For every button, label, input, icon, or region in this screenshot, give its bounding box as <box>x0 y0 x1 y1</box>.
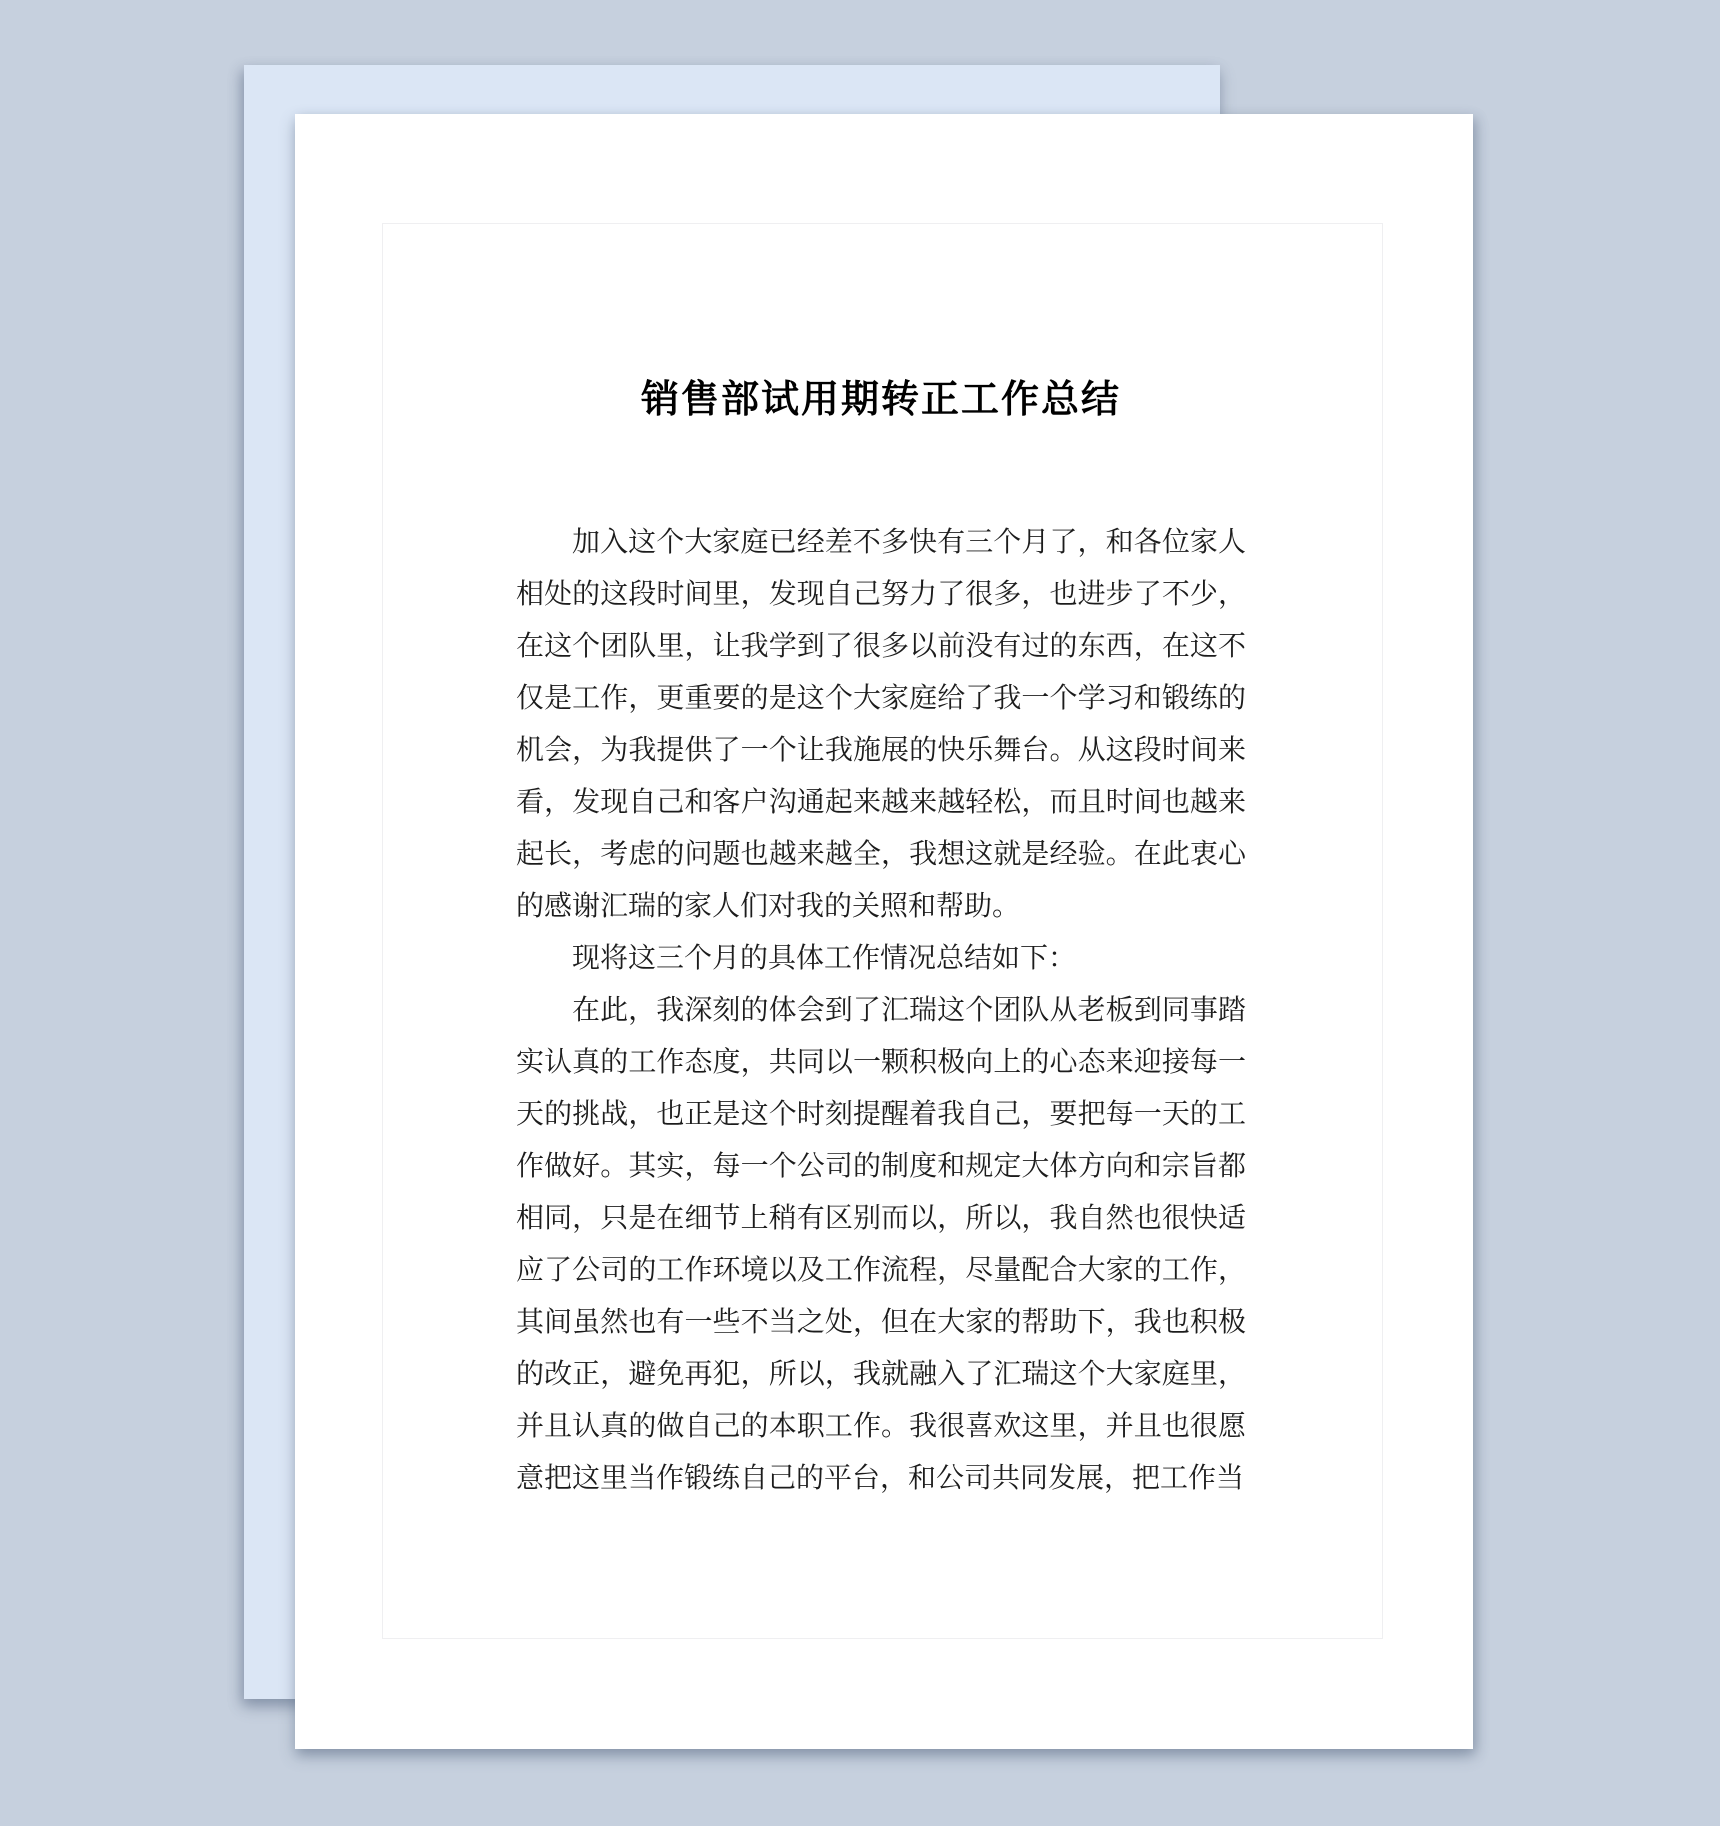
body-paragraph: 现将这三个月的具体工作情况总结如下： <box>516 933 1246 985</box>
document-content: 销售部试用期转正工作总结 加入这个大家庭已经差不多快有三个月了，和各位家人相处的… <box>516 378 1246 1505</box>
document-canvas: 销售部试用期转正工作总结 加入这个大家庭已经差不多快有三个月了，和各位家人相处的… <box>0 0 1720 1826</box>
body-paragraph: 加入这个大家庭已经差不多快有三个月了，和各位家人相处的这段时间里，发现自己努力了… <box>516 517 1246 933</box>
document-body: 加入这个大家庭已经差不多快有三个月了，和各位家人相处的这段时间里，发现自己努力了… <box>516 517 1246 1505</box>
body-paragraph: 在此，我深刻的体会到了汇瑞这个团队从老板到同事踏实认真的工作态度，共同以一颗积极… <box>516 985 1246 1505</box>
front-page: 销售部试用期转正工作总结 加入这个大家庭已经差不多快有三个月了，和各位家人相处的… <box>295 114 1473 1749</box>
document-title: 销售部试用期转正工作总结 <box>516 378 1246 422</box>
